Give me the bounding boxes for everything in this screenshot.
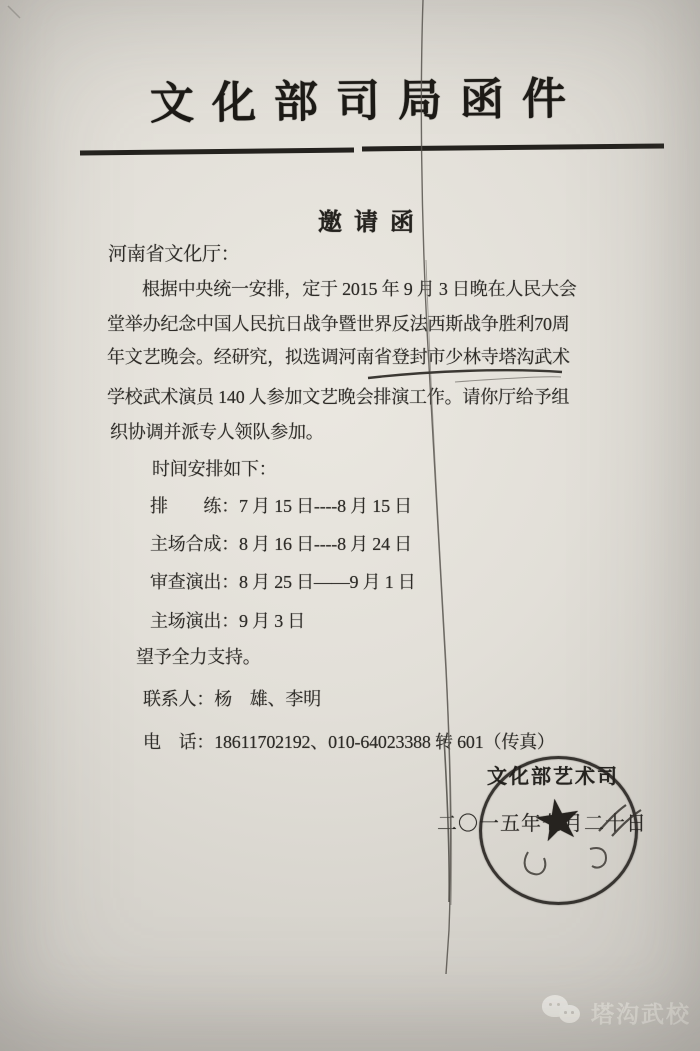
hand-drawn-underline-echo: [455, 377, 561, 382]
body-line-1: 根据中央统一安排，定于 2015 年 9 月 3 日晚在人民大会: [142, 280, 577, 298]
letterhead-rule-right: [362, 146, 664, 149]
scanned-letter-page: 文化部司局函件 邀请函 河南省文化厅： 根据中央统一安排，定于 2015 年 9…: [0, 0, 700, 1051]
schedule-line-venue-integration: 主场合成：8 月 16 日----8 月 24 日: [150, 535, 412, 553]
letterhead-rule-left: [80, 150, 354, 153]
contact-line: 联系人：杨 雄、李明: [143, 690, 321, 708]
hand-drawn-underline: [368, 370, 562, 378]
salutation: 河南省文化厅：: [108, 245, 240, 264]
body-line-4: 学校武术演员 140 人参加文艺晚会排演工作。请你厅给予组: [107, 388, 569, 406]
schedule-line-rehearsal: 排 练：7 月 15 日----8 月 15 日: [150, 497, 412, 515]
body-line-5: 织协调并派专人领队参加。: [110, 423, 324, 441]
star-icon: ★: [523, 788, 593, 853]
letterhead-title: 文化部司局函件: [150, 77, 585, 126]
closing-line: 望予全力支持。: [136, 648, 261, 666]
schedule-heading: 时间安排如下：: [152, 460, 277, 478]
watermark-label: 塔沟武校: [591, 996, 691, 1029]
wechat-bubble-small: [559, 1005, 580, 1023]
schedule-line-main-performance: 主场演出：9 月 3 日: [150, 612, 305, 630]
wechat-icon: [542, 995, 584, 1029]
watermark: 塔沟武校: [542, 995, 691, 1029]
schedule-line-review-performance: 审查演出：8 月 25 日——9 月 1 日: [150, 573, 416, 591]
body-line-3: 年文艺晚会。经研究，拟选调河南省登封市少林寺塔沟武术: [107, 348, 570, 366]
body-line-2: 堂举办纪念中国人民抗日战争暨世界反法西斯战争胜利70周: [107, 315, 570, 333]
corner-scan-mark: [8, 6, 20, 18]
phone-line: 电 话：18611702192、010-64023388 转 601（传真）: [143, 733, 555, 751]
subject-title: 邀请函: [318, 211, 426, 235]
